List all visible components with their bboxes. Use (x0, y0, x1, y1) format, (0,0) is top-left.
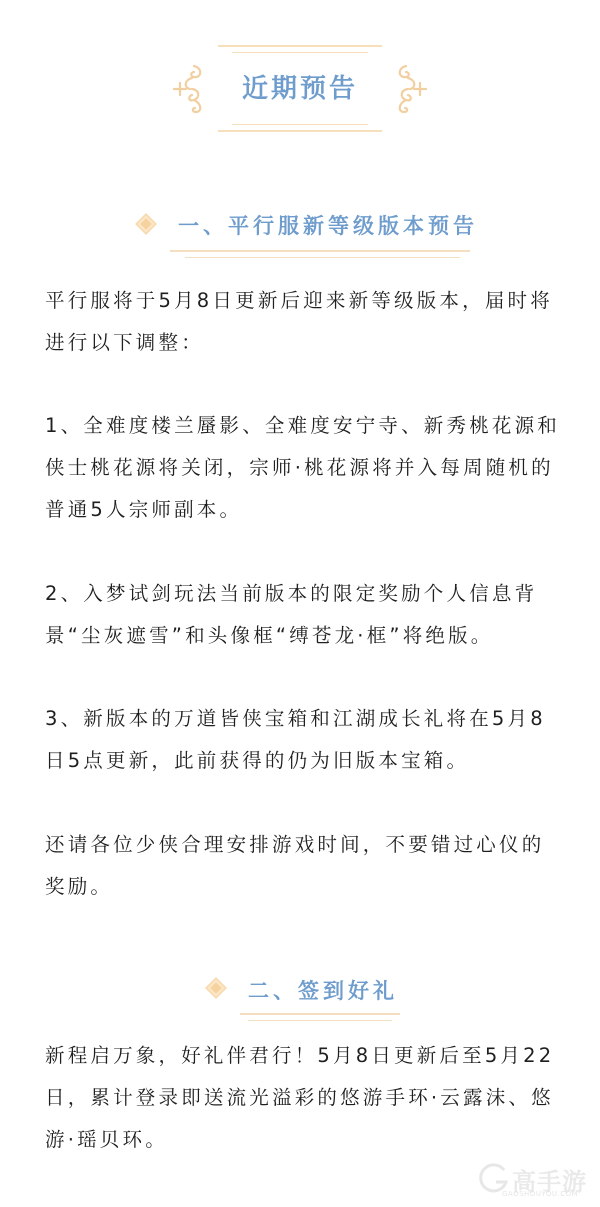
section-underline-outer (170, 250, 470, 252)
section-heading-1: 一、平行服新等级版本预告 (0, 205, 600, 265)
section-underline-outer (240, 1013, 400, 1015)
banner-bottom-line-outer (218, 130, 382, 132)
diamond-icon (135, 213, 157, 235)
paragraph-item-2: 2、入梦试剑玩法当前版本的限定奖励个人信息背景“尘灰遮雪”和头像框“缚苍龙·框”… (45, 573, 565, 657)
banner-bottom-line-inner (232, 124, 368, 125)
watermark-logo: 高手游 GAOSHOUYOU.COM (478, 1160, 598, 1202)
main-banner: 近期预告 (0, 0, 600, 150)
section-underline-inner (185, 257, 460, 258)
banner-top-line-outer (218, 45, 382, 47)
section-title: 一、平行服新等级版本预告 (178, 210, 478, 240)
section-underline-inner (248, 1020, 392, 1021)
paragraph-item-3: 3、新版本的万道皆侠宝箱和江湖成长礼将在5月8日5点更新，此前获得的仍为旧版本宝… (45, 698, 565, 782)
paragraph-item-1: 1、全难度楼兰蜃影、全难度安宁寺、新秀桃花源和侠士桃花源将关闭，宗师·桃花源将并… (45, 405, 565, 531)
paragraph-closing: 还请各位少侠合理安排游戏时间，不要错过心仪的奖励。 (45, 824, 565, 908)
paragraph-signin-gift: 新程启万象，好礼伴君行！5月8日更新后至5月22日，累计登录即送流光溢彩的悠游手… (45, 1035, 565, 1161)
section-heading-2: 二、签到好礼 (0, 965, 600, 1025)
paragraph-intro: 平行服将于5月8日更新后迎来新等级版本，届时将进行以下调整： (45, 280, 565, 364)
banner-title: 近期预告 (0, 68, 600, 105)
diamond-icon (205, 977, 227, 999)
section-title: 二、签到好礼 (248, 975, 398, 1005)
banner-top-line-inner (232, 52, 368, 53)
watermark-subtext: GAOSHOUYOU.COM (502, 1190, 578, 1198)
